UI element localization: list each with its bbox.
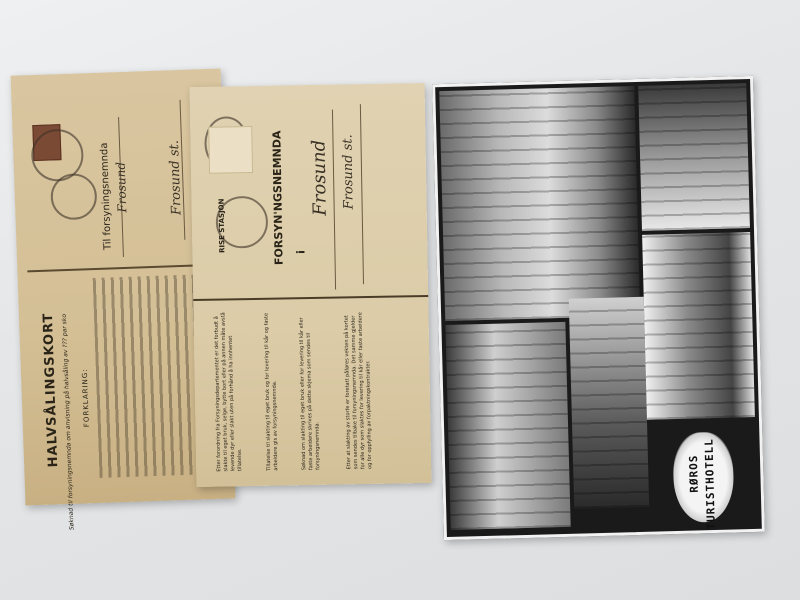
postmark-text: RISE STASJON bbox=[217, 198, 226, 253]
handwritten-region: Frosund st. bbox=[167, 140, 185, 215]
photo-panel-veranda bbox=[638, 83, 750, 231]
card-title: HALVSÅLINGSKORT bbox=[41, 312, 61, 467]
photo-panel-lounge bbox=[569, 297, 649, 509]
handwritten-region: Frosund st. bbox=[340, 134, 356, 209]
address-line bbox=[332, 110, 336, 290]
hotel-label: RØROS TURISTHOTELL bbox=[672, 432, 734, 524]
card-heading: FORSYN'NGSNEMNDA bbox=[270, 130, 285, 265]
photo-panel-dining-hall bbox=[439, 86, 640, 321]
label-line-2: TURISTHOTELL bbox=[702, 438, 717, 530]
body-paragraph-4: Etter at slakting av storfe er foretatt … bbox=[343, 309, 374, 469]
photo-panel-reception bbox=[642, 232, 755, 420]
roros-turisthotell-postcard: RØROS TURISTHOTELL bbox=[432, 76, 765, 540]
postmark-icon bbox=[50, 173, 98, 221]
handwritten-place: Frosund bbox=[114, 162, 130, 213]
address-heading: Til forsyningsnemnda bbox=[99, 142, 114, 250]
photo-panel-corridor bbox=[445, 322, 570, 530]
preposition: i bbox=[294, 250, 307, 254]
stamp-placeholder bbox=[208, 126, 253, 174]
divider bbox=[193, 295, 428, 301]
handwritten-place: Frosund bbox=[308, 140, 330, 216]
section-heading: FORKLARING: bbox=[81, 368, 91, 427]
body-paragraph-2: Tillatelse til slakting til eget bruk og… bbox=[263, 311, 280, 471]
body-paragraph-3: Søknad om slakting til eget bruk eller f… bbox=[298, 310, 322, 470]
label-line-1: RØROS bbox=[687, 454, 701, 492]
card-subtitle: Søknad til forsyningsnemnda om anvisning… bbox=[61, 314, 76, 530]
forsyningsnemnda-card: RISE STASJON FORSYN'NGSNEMNDA i Frosund … bbox=[190, 83, 432, 487]
body-text bbox=[93, 274, 210, 478]
address-line bbox=[360, 104, 364, 284]
